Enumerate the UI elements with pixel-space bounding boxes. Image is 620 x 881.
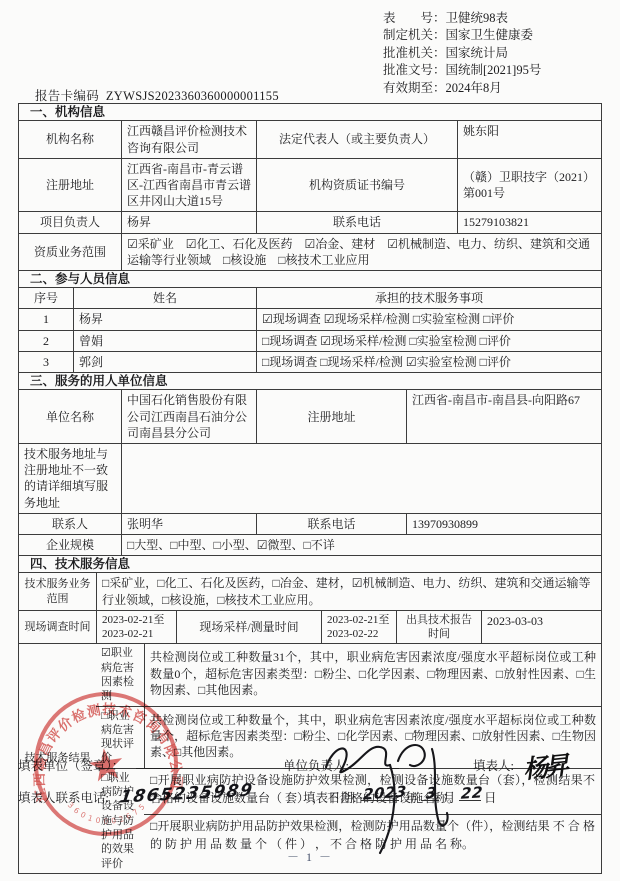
legal-rep-value: 姚东阳: [457, 121, 601, 157]
form-number-value: 卫健统98表: [446, 11, 509, 25]
page-number: － 1 －: [0, 848, 620, 865]
service-address-label: 技术服务地址与注册地址不一致的请详细填写服务地址: [19, 444, 121, 513]
qualification-scope-value: ☑采矿业 ☑化工、石化及医药 ☑冶金、建材 ☑机械制造、电力、纺织、建筑和交通运…: [121, 234, 601, 270]
personnel-row: 2 曾娟 □现场调查 ☑现场采样/检测 □实验室检测 □评价: [19, 330, 601, 351]
report-time-value: 2023-03-03: [481, 611, 601, 644]
employer-phone-value: 13970930899: [406, 514, 601, 534]
enterprise-size-label: 企业规模: [19, 535, 121, 555]
approval-agency-label: 批准机关：: [383, 46, 446, 60]
employer-reg-address-value: 江西省-南昌市-南昌县-向阳路67: [406, 390, 601, 443]
fill-date-label: 填表日期:: [303, 788, 356, 806]
approval-doc-line: 批准文号：国统制[2021]95号: [383, 62, 613, 79]
month-char: 月: [443, 788, 456, 806]
service-address-value: [121, 444, 601, 513]
cert-no-value: （赣）卫职技字（2021）第001号: [457, 159, 601, 212]
signature-footer: 填表单位（签章）： 单位负责人: 填表人: 杨昇 填表人联系电话: 186523…: [18, 752, 602, 809]
sampling-time-label: 现场采样/测量时间: [176, 611, 321, 644]
personnel-items: □现场调查 □现场采样/检测 ☑实验室检测 □评价: [256, 352, 601, 372]
org-phone-value: 15279103821: [457, 212, 601, 232]
legal-rep-label: 法定代表人（或主要负责人）: [256, 121, 457, 157]
survey-time-label: 现场调查时间: [19, 611, 96, 644]
hazard-factor-detection-result: 共检测岗位或工种数量31个，其中，职业病危害因素浓度/强度水平超标岗位或工种数量…: [150, 646, 596, 698]
report-code-line: 报告卡编码 ZYWSJS2023360360000001155: [35, 86, 279, 104]
report-time-label: 出具技术报告时间: [396, 611, 481, 644]
fill-unit-label: 填表单位（签章）：: [18, 756, 124, 774]
report-code-label: 报告卡编码: [35, 89, 99, 103]
approval-agency-value: 国家统计局: [446, 46, 509, 60]
personnel-name: 杨昇: [73, 309, 256, 329]
unit-head-blank: [353, 756, 399, 769]
day-char: 日: [484, 788, 497, 806]
day-blank: [459, 788, 481, 801]
fill-unit-blank: [136, 756, 178, 769]
survey-time-value: 2023-02-21至2023-02-21: [96, 611, 176, 644]
valid-until-label: 有效期至：: [383, 81, 446, 95]
personnel-header-name: 姓名: [73, 288, 256, 308]
scanned-form-page: { "header": { "lines": [ {"label": "表 号：…: [0, 0, 620, 881]
service-scope-value: □采矿业，□化工、石化及医药，□冶金、建材，☑机械制造、电力、纺织、建筑和交通运…: [96, 573, 601, 609]
section4-title: 四、技术服务信息: [19, 556, 601, 572]
issuing-agency-line: 制定机关：国家卫生健康委: [383, 27, 613, 44]
report-code-value: ZYWSJS2023360360000001155: [106, 89, 279, 103]
cert-no-label: 机构资质证书编号: [256, 159, 457, 212]
qualification-scope-label: 资质业务范围: [19, 234, 121, 270]
org-reg-address-label: 注册地址: [19, 159, 121, 212]
employer-contact-label: 联系人: [19, 514, 121, 534]
personnel-header-no: 序号: [19, 288, 73, 308]
org-reg-address-value: 江西省-南昌市-青云谱区-江西省南昌市青云谱区井冈山大道15号: [121, 159, 256, 212]
enterprise-size-value: □大型、□中型、□小型、☑微型、□不详: [121, 535, 601, 555]
issuing-agency-value: 国家卫生健康委: [446, 28, 534, 42]
month-blank: [421, 788, 439, 801]
form-number-label: 表 号：: [383, 11, 446, 25]
org-phone-label: 联系电话: [256, 212, 457, 232]
personnel-name: 曾娟: [73, 331, 256, 351]
org-name-value: 江西赣昌评价检测技术咨询有限公司: [121, 121, 256, 157]
approval-doc-value: 国统制[2021]95号: [446, 63, 542, 77]
personnel-items: □现场调查 ☑现场采样/检测 □实验室检测 □评价: [256, 331, 601, 351]
filler-signature: 杨昇: [521, 746, 567, 786]
personnel-no: 2: [19, 331, 73, 351]
personnel-name: 郭剑: [73, 352, 256, 372]
org-name-label: 机构名称: [19, 121, 121, 157]
valid-until-value: 2024年8月: [446, 81, 502, 95]
section1-title: 一、机构信息: [19, 104, 601, 120]
service-scope-label: 技术服务业务范围: [19, 573, 96, 609]
valid-until-line: 有效期至：2024年8月: [383, 80, 613, 97]
section2-title: 二、参与人员信息: [19, 271, 601, 287]
employer-phone-label: 联系电话: [256, 514, 406, 534]
hazard-factor-detection-checkbox-label: ☑职业病危害因素检测: [96, 644, 144, 705]
section3-title: 三、服务的用人单位信息: [19, 373, 601, 389]
approval-doc-label: 批准文号：: [383, 63, 446, 77]
filler-phone-label: 填表人联系电话:: [18, 788, 109, 806]
filler-label: 填表人:: [473, 756, 514, 774]
issuing-agency-label: 制定机关：: [383, 28, 446, 42]
personnel-no: 3: [19, 352, 73, 372]
employer-contact-value: 张明华: [121, 514, 256, 534]
project-manager-label: 项目负责人: [19, 212, 121, 232]
employer-name-value: 中国石化销售股份有限公司江西南昌石油分公司南昌县分公司: [121, 390, 256, 443]
filler-phone-handwritten: 1865235989: [118, 780, 254, 807]
sampling-time-value: 2023-02-21至2023-02-22: [321, 611, 396, 644]
form-number-line: 表 号：卫健统98表: [383, 10, 613, 27]
year-blank: [361, 788, 399, 801]
personnel-header-items: 承担的技术服务事项: [256, 288, 601, 308]
employer-reg-address-label: 注册地址: [256, 390, 406, 443]
personnel-row: 1 杨昇 ☑现场调查 ☑现场采样/检测 □实验室检测 □评价: [19, 308, 601, 329]
year-char: 年: [405, 788, 418, 806]
personnel-row: 3 郭剑 □现场调查 □现场采样/检测 ☑实验室检测 □评价: [19, 351, 601, 372]
unit-head-label: 单位负责人:: [283, 756, 349, 774]
employer-name-label: 单位名称: [19, 390, 121, 443]
personnel-no: 1: [19, 309, 73, 329]
project-manager-value: 杨昇: [121, 212, 256, 232]
personnel-items: ☑现场调查 ☑现场采样/检测 □实验室检测 □评价: [256, 309, 601, 329]
form-meta-block: 表 号：卫健统98表 制定机关：国家卫生健康委 批准机关：国家统计局 批准文号：…: [383, 10, 613, 97]
approval-agency-line: 批准机关：国家统计局: [383, 45, 613, 62]
